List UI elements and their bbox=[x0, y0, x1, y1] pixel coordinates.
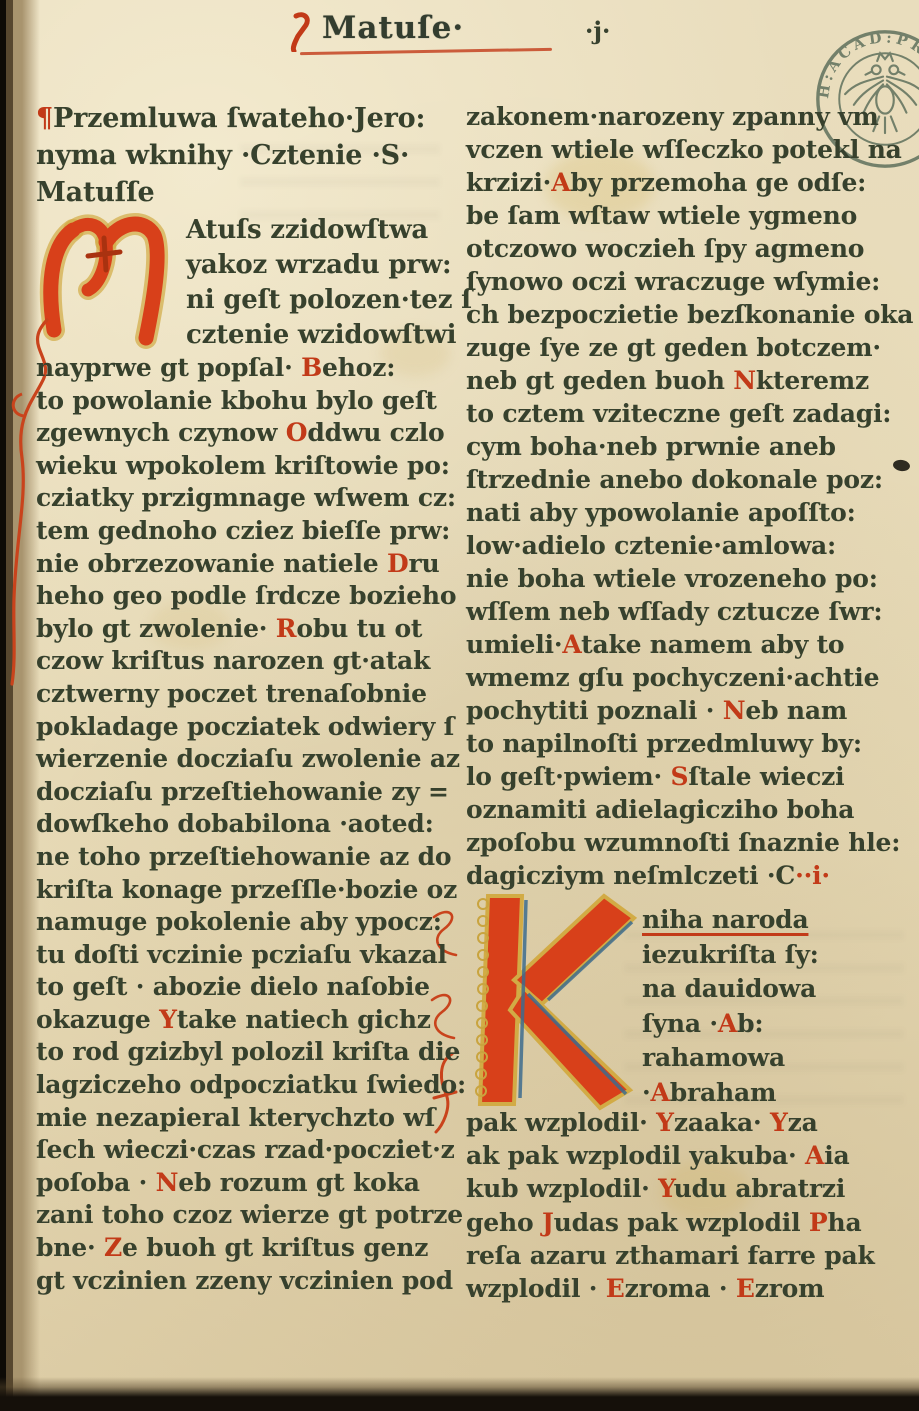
text-line: ni geſt polozen·tez ſ bbox=[186, 283, 466, 318]
text-segment: udu abratrzi bbox=[674, 1174, 846, 1203]
text-line: cziatky przigmnage wſwem cz: bbox=[36, 482, 466, 515]
text-segment: kteremz bbox=[756, 366, 869, 395]
text-line: nyma wknihy ·Cztenie ·S· bbox=[36, 137, 466, 174]
right-column-beside-initial: niha narodaiezukriſta ſy:na dauidowaſyna… bbox=[642, 903, 912, 1111]
text-line: ſtrzednie anebo dokonale poz: bbox=[466, 463, 906, 496]
text-line: zuge ſye ze gt geden botczem· bbox=[466, 331, 906, 364]
text-segment: bylo gt zwolenie· bbox=[36, 614, 276, 643]
text-segment: reſa azaru zthamari farre pak bbox=[466, 1241, 875, 1270]
text-line: to rod gzizbyl polozil kriſta die bbox=[36, 1036, 466, 1069]
text-segment: by przemoha ge odſe: bbox=[570, 168, 866, 197]
text-line: nati aby ypowolanie apoſſto: bbox=[466, 496, 906, 529]
text-line: na dauidowa bbox=[642, 972, 912, 1007]
text-line: wmemz gſu pochyczeni·achtie bbox=[466, 661, 906, 694]
text-segment: A bbox=[562, 630, 581, 659]
text-line: to geſt · abozie dielo naſobie bbox=[36, 971, 466, 1004]
text-line: niha naroda bbox=[642, 903, 912, 938]
text-segment: neb gt geden buoh bbox=[466, 366, 733, 395]
text-line: ſyna ·Ab: bbox=[642, 1007, 912, 1042]
text-segment: ch bezpoczietie bezſkonanie oka bbox=[466, 300, 913, 329]
text-segment: N bbox=[156, 1168, 179, 1197]
text-segment: vczen wtiele wſſeczko potekl na bbox=[466, 135, 902, 164]
text-line: lagziczeho odpocziatku ſwiedo: bbox=[36, 1069, 466, 1102]
text-line: nie boha wtiele vrozeneho po: bbox=[466, 562, 906, 595]
text-line: dowſkeho dobabilona ·aoted: bbox=[36, 808, 466, 841]
text-segment: nati aby ypowolanie apoſſto: bbox=[466, 498, 856, 527]
text-segment: krzizi· bbox=[466, 168, 551, 197]
text-segment: ··i· bbox=[795, 861, 830, 890]
text-segment: nyma wknihy ·Cztenie ·S· bbox=[36, 140, 409, 171]
text-segment: zaaka· bbox=[674, 1108, 770, 1137]
text-line: rahamowa bbox=[642, 1041, 912, 1076]
text-segment: cym boha·neb prwnie aneb bbox=[466, 432, 836, 461]
text-segment: okazuge bbox=[36, 1005, 159, 1034]
text-segment: Y bbox=[159, 1005, 177, 1034]
text-segment: E bbox=[606, 1274, 625, 1303]
text-segment: namuge pokolenie aby ypocz: bbox=[36, 907, 442, 936]
text-line: cztenie wzidowſtwi bbox=[186, 318, 466, 353]
text-segment: ſtale wieczi bbox=[688, 762, 844, 791]
text-segment: za bbox=[788, 1108, 818, 1137]
text-segment: nie boha wtiele vrozeneho po: bbox=[466, 564, 878, 593]
running-header: Matuſe· ·j· bbox=[0, 6, 919, 58]
text-segment: lagziczeho odpocziatku ſwiedo: bbox=[36, 1070, 466, 1099]
text-line: geho Judas pak wzplodil Pha bbox=[466, 1206, 906, 1239]
text-segment: wſſem neb wſſady cztucze ſwr: bbox=[466, 597, 882, 626]
text-segment: zpoſobu wzumnoſti ſnaznie hle: bbox=[466, 828, 900, 857]
book-bottom-edge bbox=[0, 1377, 919, 1411]
text-segment: N bbox=[723, 696, 746, 725]
text-segment: eb nam bbox=[745, 696, 847, 725]
text-segment: J bbox=[542, 1208, 554, 1237]
text-segment: braham bbox=[670, 1078, 776, 1107]
text-line: bylo gt zwolenie· Robu tu ot bbox=[36, 613, 466, 646]
text-segment: kriſta konage przeſſle·bozie oz bbox=[36, 875, 457, 904]
text-segment: zuge ſye ze gt geden botczem· bbox=[466, 333, 881, 362]
text-segment: · bbox=[642, 1078, 651, 1107]
text-segment: czow kriſtus narozen gt·atak bbox=[36, 646, 430, 675]
text-segment: A bbox=[805, 1141, 824, 1170]
text-segment: to napilnoſti przedmluwy by: bbox=[466, 729, 862, 758]
text-segment: ſech wieczi·czas rzad·pocziet·z bbox=[36, 1135, 455, 1164]
text-segment: zgewnych czynow bbox=[36, 418, 286, 447]
text-line: tem gednoho cziez bieſſe prw: bbox=[36, 515, 466, 548]
text-segment: docziaſu przeſtiehowanie zy = bbox=[36, 777, 449, 806]
text-segment: to rod gzizbyl polozil kriſta die bbox=[36, 1037, 460, 1066]
running-title: Matuſe· bbox=[322, 10, 464, 46]
red-underline bbox=[300, 48, 552, 55]
left-column-body: nayprwe gt popſal· Behoz:to powolanie kb… bbox=[36, 352, 466, 1297]
text-segment: otczowo woczieh ſpy agmeno bbox=[466, 234, 864, 263]
text-segment: wmemz gſu pochyczeni·achtie bbox=[466, 663, 879, 692]
right-column-body: zakonem·narozeny zpanny vmvczen wtiele w… bbox=[466, 100, 906, 892]
text-line: wierzenie docziaſu zwolenie az bbox=[36, 743, 466, 776]
text-line: to cztem vziteczne geſt zadagi: bbox=[466, 397, 906, 430]
text-line: low·adielo cztenie·amlowa: bbox=[466, 529, 906, 562]
text-line: oznamiti adielagicziho boha bbox=[466, 793, 906, 826]
text-segment: b: bbox=[737, 1009, 763, 1038]
text-segment: nie obrzezowanie natiele bbox=[36, 549, 387, 578]
text-line: namuge pokolenie aby ypocz: bbox=[36, 906, 466, 939]
text-segment: low·adielo cztenie·amlowa: bbox=[466, 531, 836, 560]
text-line: nayprwe gt popſal· Behoz: bbox=[36, 352, 466, 385]
text-segment: ha bbox=[828, 1208, 862, 1237]
text-segment: wierzenie docziaſu zwolenie az bbox=[36, 744, 460, 773]
text-line: zpoſobu wzumnoſti ſnaznie hle: bbox=[466, 826, 906, 859]
text-line: zgewnych czynow Oddwu czlo bbox=[36, 417, 466, 450]
text-segment: zakonem·narozeny zpanny vm bbox=[466, 102, 879, 131]
text-segment: be ſam wſtaw wtiele ygmeno bbox=[466, 201, 857, 230]
left-column-heading: ¶Przemluwa ſwateho·Jero:nyma wknihy ·Czt… bbox=[36, 100, 466, 211]
text-line: pak wzplodil· Yzaaka· Yza bbox=[466, 1106, 906, 1139]
text-segment: gt vczinien zzeny vczinien pod bbox=[36, 1266, 453, 1295]
text-segment: lo geſt·pwiem· bbox=[466, 762, 671, 791]
text-segment: tu doſti vczinie pcziaſu vkazal bbox=[36, 940, 447, 969]
text-line: vczen wtiele wſſeczko potekl na bbox=[466, 133, 906, 166]
text-segment: O bbox=[286, 418, 308, 447]
decorated-initial-K bbox=[458, 888, 640, 1118]
text-segment: bne· bbox=[36, 1233, 104, 1262]
text-segment: Matuſſe bbox=[36, 177, 155, 208]
text-line: lo geſt·pwiem· Sſtale wieczi bbox=[466, 760, 906, 793]
text-segment: to cztem vziteczne geſt zadagi: bbox=[466, 399, 891, 428]
text-segment: mie nezapieral kterychzto wſ bbox=[36, 1103, 435, 1132]
text-segment: ia bbox=[824, 1141, 849, 1170]
text-line: ſynowo oczi wraczuge wſymie: bbox=[466, 265, 906, 298]
text-segment: umieli· bbox=[466, 630, 562, 659]
text-segment: take namem aby to bbox=[581, 630, 844, 659]
left-column-initial-lines: Atuſs zzidowſtwayakoz wrzadu prw:ni geſt… bbox=[186, 213, 466, 353]
text-line: Matuſſe bbox=[36, 174, 466, 211]
text-segment: to geſt · abozie dielo naſobie bbox=[36, 972, 430, 1001]
text-line: okazuge Ytake natiech gichz bbox=[36, 1004, 466, 1037]
text-line: ¶Przemluwa ſwateho·Jero: bbox=[36, 100, 466, 137]
text-line: krzizi·Aby przemoha ge odſe: bbox=[466, 166, 906, 199]
text-segment: ¶ bbox=[36, 103, 53, 134]
text-line: czow kriſtus narozen gt·atak bbox=[36, 645, 466, 678]
text-segment: D bbox=[387, 549, 408, 578]
text-line: ſech wieczi·czas rzad·pocziet·z bbox=[36, 1134, 466, 1167]
text-line: heho geo podle ſrdcze bozieho bbox=[36, 580, 466, 613]
text-line: to powolanie kbohu bylo geſt bbox=[36, 385, 466, 418]
text-segment: wieku wpokolem kriſtowie po: bbox=[36, 451, 450, 480]
text-segment: yakoz wrzadu prw: bbox=[186, 250, 451, 280]
text-segment: pak wzplodil· bbox=[466, 1108, 656, 1137]
text-segment: P bbox=[809, 1208, 828, 1237]
text-segment: niha naroda bbox=[642, 905, 808, 934]
text-line: umieli·Atake namem aby to bbox=[466, 628, 906, 661]
text-segment: heho geo podle ſrdcze bozieho bbox=[36, 581, 456, 610]
text-line: nie obrzezowanie natiele Dru bbox=[36, 548, 466, 581]
text-segment: dowſkeho dobabilona ·aoted: bbox=[36, 809, 434, 838]
text-line: cym boha·neb prwnie aneb bbox=[466, 430, 906, 463]
text-segment: to powolanie kbohu bylo geſt bbox=[36, 386, 437, 415]
text-segment: E bbox=[736, 1274, 755, 1303]
text-line: cztwerny poczet trenaſobnie bbox=[36, 678, 466, 711]
text-segment: obu tu ot bbox=[296, 614, 422, 643]
text-line: poſoba · Neb rozum gt koka bbox=[36, 1167, 466, 1200]
text-segment: B bbox=[301, 353, 322, 382]
text-line: yakoz wrzadu prw: bbox=[186, 248, 466, 283]
text-segment: kub wzplodil· bbox=[466, 1174, 658, 1203]
text-segment: zani toho czoz wierze gt potrze bbox=[36, 1200, 463, 1229]
text-segment: na dauidowa bbox=[642, 974, 816, 1003]
text-segment: ru bbox=[409, 549, 440, 578]
text-segment: eb rozum gt koka bbox=[178, 1168, 420, 1197]
paraph-mark-icon bbox=[288, 12, 314, 56]
text-segment: A bbox=[651, 1078, 670, 1107]
right-column-bottom: pak wzplodil· Yzaaka· Yzaak pak wzplodil… bbox=[466, 1106, 906, 1305]
text-line: pochytiti poznali · Neb nam bbox=[466, 694, 906, 727]
text-line: pokladage pocziatek odwiery ſ bbox=[36, 711, 466, 744]
text-line: be ſam wſtaw wtiele ygmeno bbox=[466, 199, 906, 232]
text-segment: cziatky przigmnage wſwem cz: bbox=[36, 483, 456, 512]
text-segment: A bbox=[551, 168, 570, 197]
text-segment: Z bbox=[104, 1233, 122, 1262]
text-segment: ni geſt polozen·tez ſ bbox=[186, 285, 472, 315]
text-segment: Y bbox=[658, 1174, 673, 1203]
text-line: kub wzplodil· Yudu abratrzi bbox=[466, 1172, 906, 1205]
text-segment: ſtrzednie anebo dokonale poz: bbox=[466, 465, 883, 494]
text-line: zani toho czoz wierze gt potrze bbox=[36, 1199, 466, 1232]
text-segment: geho bbox=[466, 1208, 542, 1237]
text-line: ne toho przeſtiehowanie az do bbox=[36, 841, 466, 874]
text-segment: ehoz: bbox=[322, 353, 395, 382]
text-segment: A bbox=[718, 1009, 737, 1038]
text-line: Atuſs zzidowſtwa bbox=[186, 213, 466, 248]
text-segment: ak pak wzplodil yakuba· bbox=[466, 1141, 805, 1170]
text-line: neb gt geden buoh Nkteremz bbox=[466, 364, 906, 397]
text-segment: wzplodil · bbox=[466, 1274, 606, 1303]
text-segment: nayprwe gt popſal· bbox=[36, 353, 301, 382]
text-line: otczowo woczieh ſpy agmeno bbox=[466, 232, 906, 265]
text-line: gt vczinien zzeny vczinien pod bbox=[36, 1265, 466, 1298]
text-segment: N bbox=[733, 366, 756, 395]
text-segment: cztenie wzidowſtwi bbox=[186, 320, 456, 350]
text-segment: udas pak wzplodil bbox=[554, 1208, 809, 1237]
folio-mark: ·j· bbox=[585, 16, 610, 45]
text-segment: R bbox=[276, 614, 297, 643]
text-line: reſa azaru zthamari farre pak bbox=[466, 1239, 906, 1272]
text-line: mie nezapieral kterychzto wſ bbox=[36, 1102, 466, 1135]
text-line: to napilnoſti przedmluwy by: bbox=[466, 727, 906, 760]
text-segment: ne toho przeſtiehowanie az do bbox=[36, 842, 451, 871]
text-line: kriſta konage przeſſle·bozie oz bbox=[36, 874, 466, 907]
text-segment: ſyna · bbox=[642, 1009, 718, 1038]
text-segment: rahamowa bbox=[642, 1043, 785, 1072]
text-line: dagicziym neſmlczeti ·C··i· bbox=[466, 859, 906, 892]
text-line: docziaſu przeſtiehowanie zy = bbox=[36, 776, 466, 809]
text-segment: iezukriſta ſy: bbox=[642, 940, 819, 969]
text-segment: Y bbox=[656, 1108, 674, 1137]
text-segment: ddwu czlo bbox=[307, 418, 444, 447]
text-line: tu doſti vczinie pcziaſu vkazal bbox=[36, 939, 466, 972]
text-segment: poſoba · bbox=[36, 1168, 156, 1197]
text-segment: zrom bbox=[755, 1274, 825, 1303]
text-segment: oznamiti adielagicziho boha bbox=[466, 795, 854, 824]
text-line: wſſem neb wſſady cztucze ſwr: bbox=[466, 595, 906, 628]
text-line: wieku wpokolem kriſtowie po: bbox=[36, 450, 466, 483]
text-segment: ſynowo oczi wraczuge wſymie: bbox=[466, 267, 880, 296]
text-segment: pokladage pocziatek odwiery ſ bbox=[36, 712, 454, 741]
text-segment: Y bbox=[770, 1108, 788, 1137]
text-line: wzplodil · Ezroma · Ezrom bbox=[466, 1272, 906, 1305]
text-segment: tem gednoho cziez bieſſe prw: bbox=[36, 516, 450, 545]
text-line: bne· Ze buoh gt kriſtus genz bbox=[36, 1232, 466, 1265]
text-line: ak pak wzplodil yakuba· Aia bbox=[466, 1139, 906, 1172]
text-segment: pochytiti poznali · bbox=[466, 696, 723, 725]
text-line: ch bezpoczietie bezſkonanie oka bbox=[466, 298, 906, 331]
manuscript-page-scan: Matuſe· ·j· H:ACAD:PRAGEN: bbox=[0, 0, 919, 1411]
text-segment: dagicziym neſmlczeti ·C bbox=[466, 861, 795, 890]
text-segment: Przemluwa ſwateho·Jero: bbox=[53, 103, 425, 134]
text-line: zakonem·narozeny zpanny vm bbox=[466, 100, 906, 133]
text-segment: cztwerny poczet trenaſobnie bbox=[36, 679, 427, 708]
text-segment: e buoh gt kriſtus genz bbox=[122, 1233, 428, 1262]
text-line: iezukriſta ſy: bbox=[642, 938, 912, 973]
text-segment: take natiech gichz bbox=[177, 1005, 431, 1034]
text-segment: S bbox=[671, 762, 689, 791]
text-segment: Atuſs zzidowſtwa bbox=[186, 215, 428, 245]
text-segment: zroma · bbox=[625, 1274, 736, 1303]
